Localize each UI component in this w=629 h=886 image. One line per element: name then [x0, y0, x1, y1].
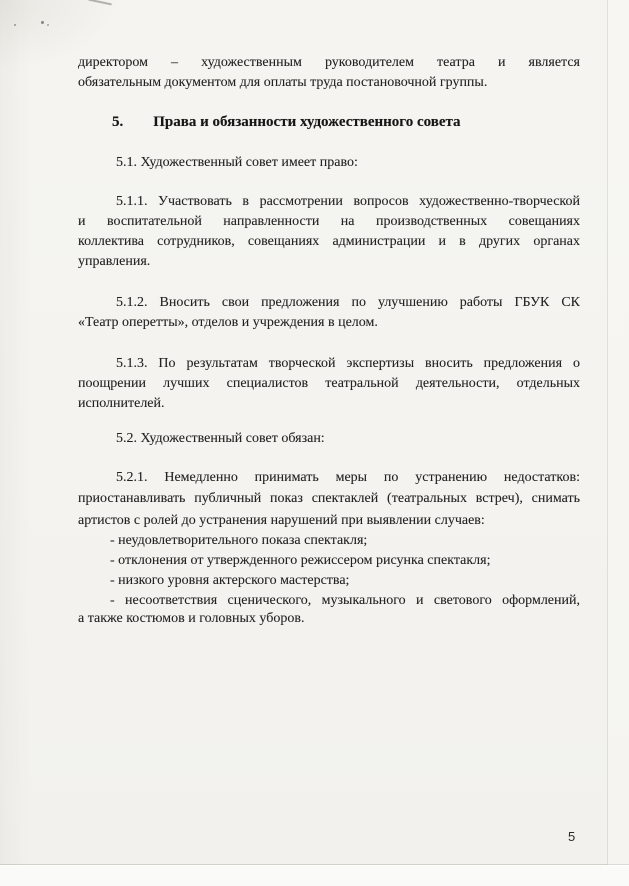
- clause-5-2-1-line-3: артистов с ролей до устранения нарушений…: [78, 511, 580, 531]
- bullet-item-3: - низкого уровня актерского мастерства;: [78, 571, 580, 591]
- clause-5-1-2-line-2: «Театр оперетты», отделов и учреждения в…: [78, 313, 580, 333]
- section-heading-number: 5.: [112, 112, 123, 132]
- bullet-item-4: - несоответствия сценического, музыкальн…: [78, 591, 580, 611]
- intro-line-1: директором – художественным руководителе…: [78, 53, 580, 73]
- scan-bottom-strip: [0, 866, 629, 886]
- bullet-item-2: - отклонения от утвержденного режиссером…: [78, 551, 580, 571]
- clause-5-1-1-line-1: 5.1.1. Участвовать в рассмотрении вопрос…: [78, 192, 580, 212]
- clause-5-2-intro: 5.2. Художественный совет обязан:: [78, 429, 580, 449]
- intro-line-2: обязательным документом для оплаты труда…: [78, 73, 580, 93]
- clause-5-1-3-line-2: поощрении лучших специалистов театрально…: [78, 374, 580, 394]
- clause-5-1-3-line-3: исполнителей.: [78, 394, 580, 414]
- clause-5-2-1-line-1: 5.2.1. Немедленно принимать меры по устр…: [78, 468, 580, 488]
- section-heading-title: Права и обязанности художественного сове…: [153, 114, 460, 130]
- section-heading: 5.Права и обязанности художественного со…: [78, 112, 580, 132]
- scan-edge-light-band: [608, 0, 629, 865]
- clause-5-1-intro: 5.1. Художественный совет имеет право:: [78, 153, 580, 173]
- clause-5-1-1-line-4: управления.: [78, 252, 580, 272]
- clause-5-2-1-line-2: приостанавливать публичный показ спектак…: [78, 489, 580, 509]
- clause-5-1-2-line-1: 5.1.2. Вносить свои предложения по улучш…: [78, 293, 580, 313]
- bullet-item-1: - неудовлетворительного показа спектакля…: [78, 531, 580, 551]
- scanned-document-page: { "page": { "number": "5" }, "colors": {…: [0, 0, 629, 886]
- clause-5-2-1-closing: а также костюмов и головных уборов.: [78, 609, 580, 629]
- clause-5-1-1-line-2: и воспитательной направленности на произ…: [78, 212, 580, 232]
- page-number: 5: [568, 829, 575, 844]
- clause-5-1-3-line-1: 5.1.3. По результатам творческой эксперт…: [78, 354, 580, 374]
- clause-5-1-1-line-3: коллектива сотрудников, совещаниях админ…: [78, 232, 580, 252]
